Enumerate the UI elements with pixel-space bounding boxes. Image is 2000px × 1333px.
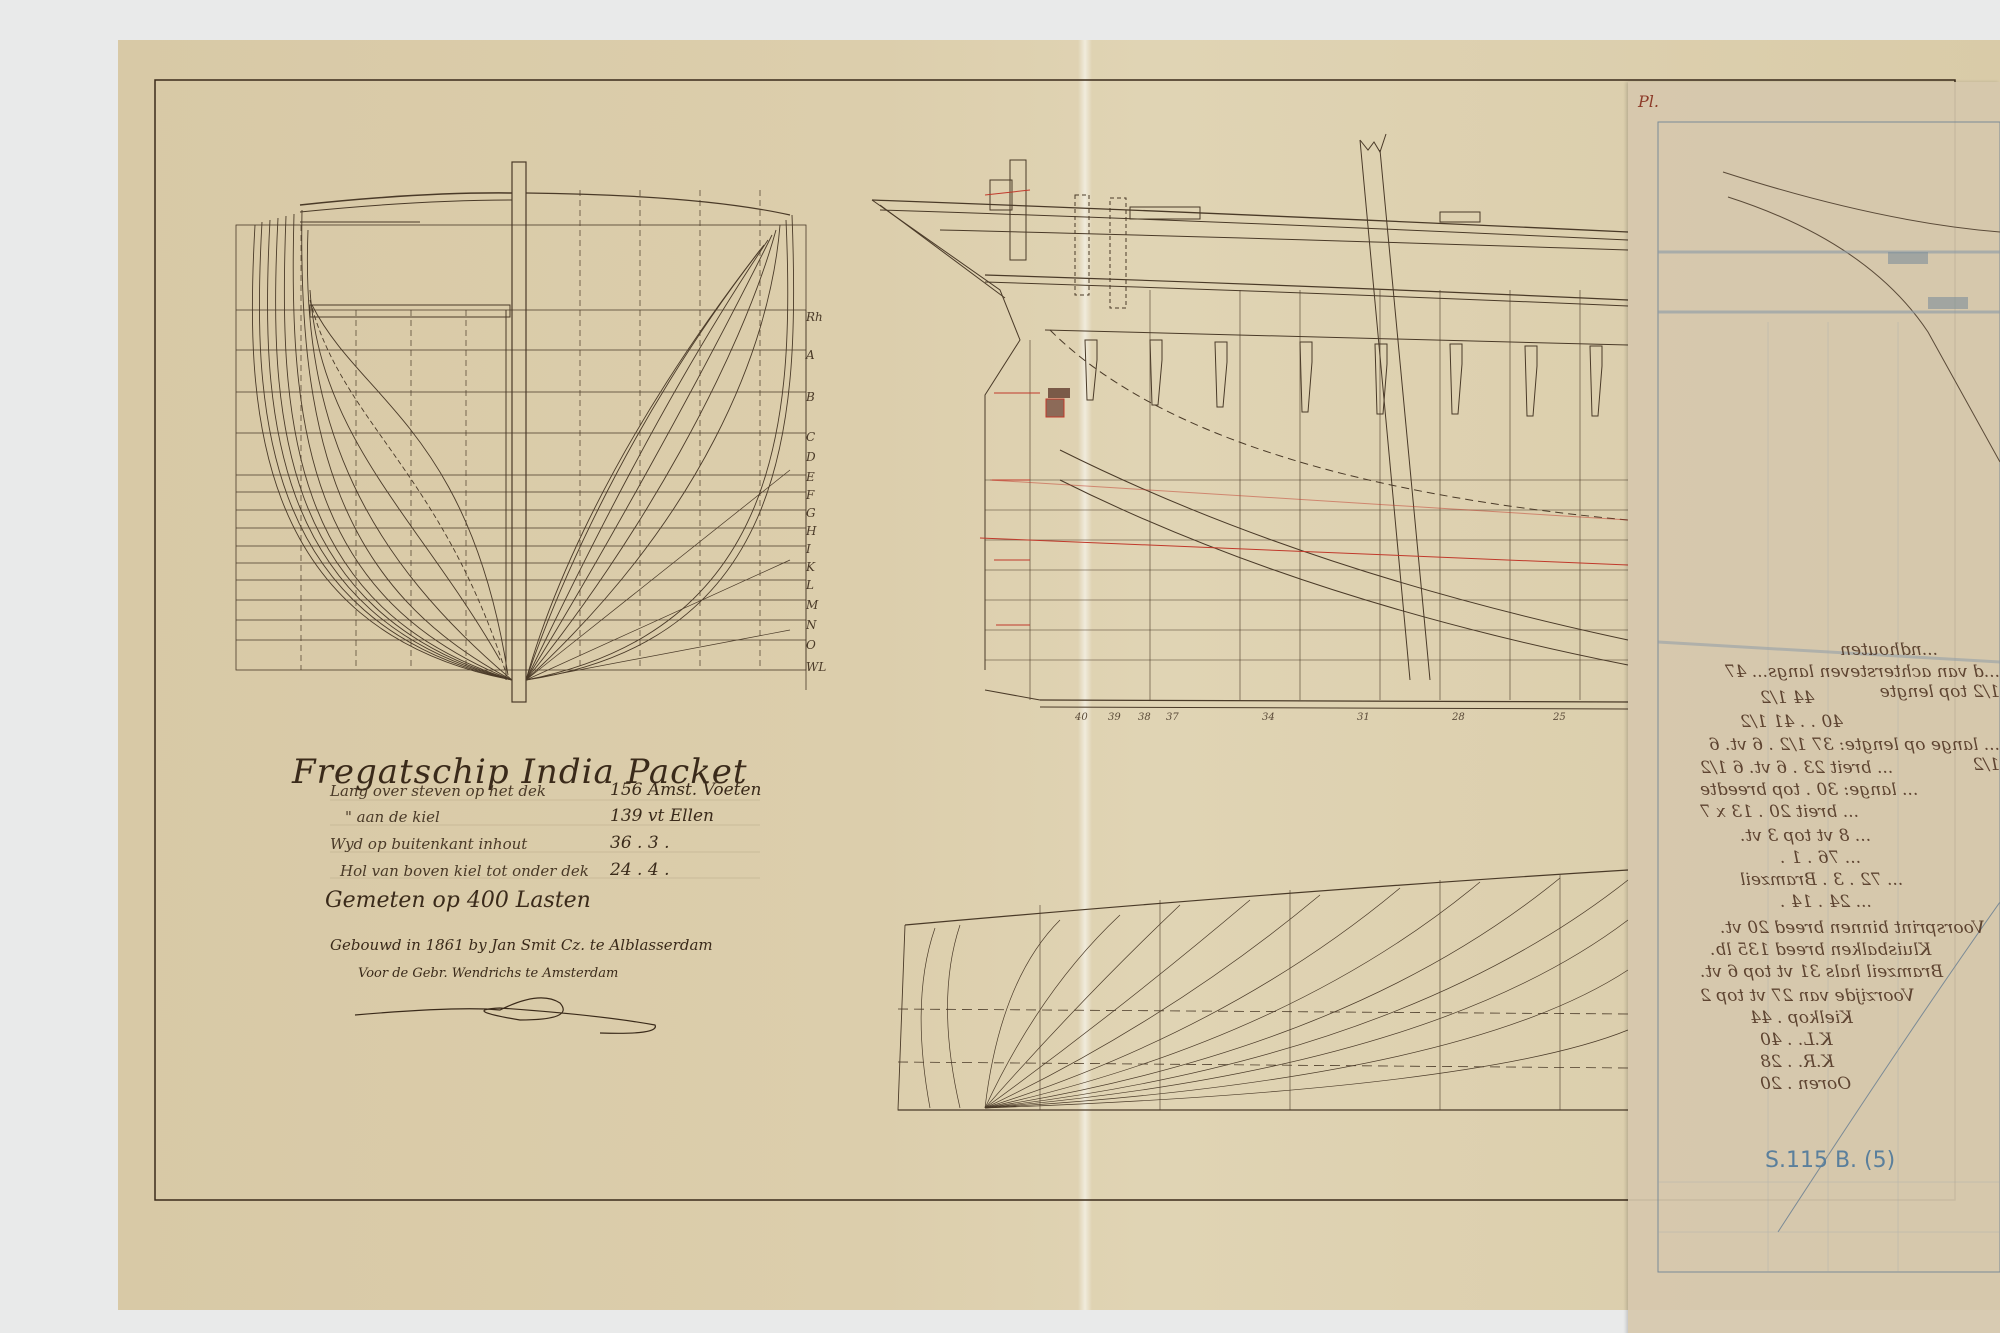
waterline-label: WL [806, 660, 826, 674]
mirrored-note: ... 72 . 3 . Bramzeil [1740, 870, 1903, 890]
spec-label: " aan de kiel [345, 808, 440, 826]
mirrored-note: Bramzeil hals 31 vt top 6 vt. [1700, 962, 1943, 982]
mirrored-note: ...d van achtersteven langs... 47 1/2 to… [1700, 662, 2000, 702]
mirrored-note: ...ndhouten [1840, 640, 1938, 660]
waterline-label: Rh [806, 310, 823, 324]
waterline-label: C [806, 430, 815, 444]
mirrored-note: Voorsprint binnen breed 20 vt. [1720, 918, 1985, 938]
waterline-label: N [806, 618, 817, 632]
builder-note: Gebouwd in 1861 by Jan Smit Cz. te Albla… [330, 936, 713, 954]
station-label: 31 [1357, 712, 1370, 723]
mirrored-note: K.R. . 28 [1760, 1052, 1834, 1072]
waterline-label: O [806, 638, 816, 652]
mirrored-note: ... 24 . 14 . [1780, 892, 1872, 912]
mirrored-note: ... breit 20 . 13 x 7 [1700, 802, 1859, 822]
catalog-number: S.115 B. (5) [1765, 1148, 1895, 1173]
sheer-plan [872, 134, 1628, 709]
waterline-label: K [806, 560, 815, 574]
station-label: 40 [1075, 712, 1088, 723]
mirrored-note: Kielkop . 44 [1750, 1008, 1853, 1028]
spec-value: 139 vt Ellen [610, 806, 714, 826]
mirrored-note: 44 1/2 [1760, 688, 1814, 708]
waterline-label: A [806, 348, 815, 362]
waterline-label: I [806, 542, 811, 556]
half-breadth-plan [898, 870, 1628, 1110]
mirrored-note: K.L. . 40 [1760, 1030, 1833, 1050]
station-label: 34 [1262, 712, 1275, 723]
spec-value: 156 Amst. Voeten [610, 780, 761, 800]
waterline-label: E [806, 470, 815, 484]
mirrored-note: 40 . . 41 1/2 [1740, 712, 1843, 732]
owner-note: Voor de Gebr. Wendrichs te Amsterdam [358, 966, 618, 981]
mirrored-note: ... breit 23 . 6 vt. 6 1/2 [1700, 758, 1893, 778]
spec-label: Hol van boven kiel tot onder dek [340, 862, 589, 880]
waterline-label: F [806, 488, 814, 502]
mirrored-note: Ooren . 20 [1760, 1074, 1851, 1094]
station-label: 38 [1138, 712, 1151, 723]
station-label: 39 [1108, 712, 1121, 723]
flourish [355, 998, 655, 1033]
waterline-label: D [806, 450, 816, 464]
waterline-label: B [806, 390, 815, 404]
overlay-corner-mark: Pl. [1638, 92, 1659, 111]
red-ink-marks [980, 190, 1628, 625]
spec-label: Wyd op buitenkant inhout [330, 835, 527, 853]
tonnage-note: Gemeten op 400 Lasten [325, 888, 591, 913]
mirrored-note: Voorzijde van 27 vt top 2 [1700, 986, 1914, 1006]
waterline-label: M [806, 598, 818, 612]
station-label: 37 [1166, 712, 1179, 723]
spec-label: Lang over steven op het dek [330, 782, 546, 800]
waterline-label: H [806, 524, 816, 538]
spec-value: 24 . 4 . [610, 860, 669, 880]
body-plan [236, 162, 806, 702]
mirrored-note: Kluisbalken breed 135 lb. [1710, 940, 1931, 960]
spec-value: 36 . 3 . [610, 833, 669, 853]
mirrored-note: ... lange: 30 . top breedte [1700, 780, 1918, 800]
station-label: 28 [1452, 712, 1465, 723]
waterline-label: L [806, 578, 814, 592]
station-label: 25 [1553, 712, 1566, 723]
mirrored-note: ... 76 . 1 . [1780, 848, 1861, 868]
waterline-label: G [806, 506, 816, 520]
mirrored-note: ... 8 vt top 3 vt. [1740, 826, 1871, 846]
